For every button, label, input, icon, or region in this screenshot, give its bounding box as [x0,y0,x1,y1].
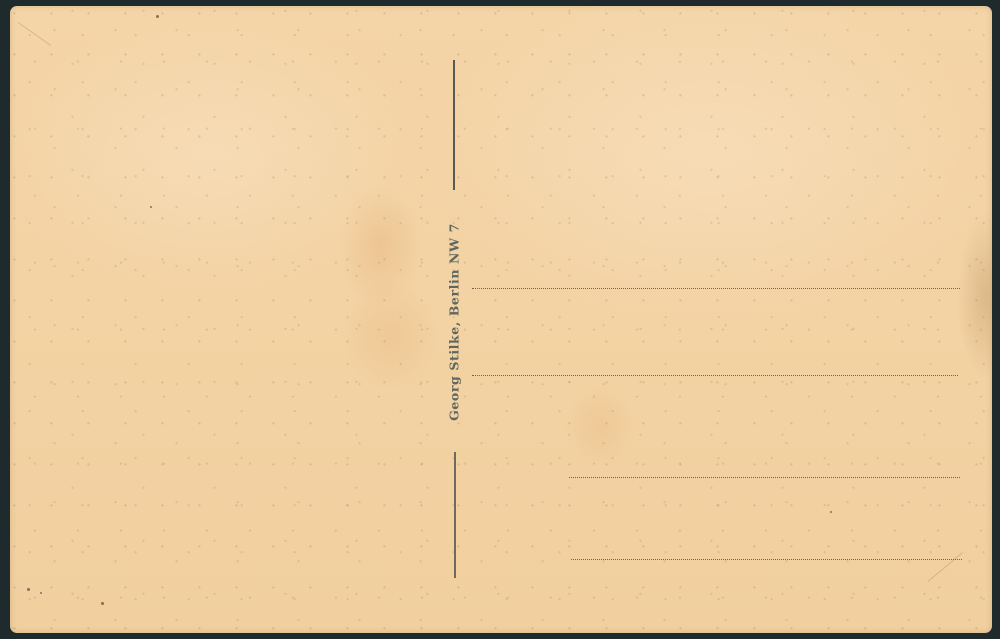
foxing-spot [27,588,30,591]
foxing-spot [101,602,104,605]
foxing-spot [156,15,159,18]
foxing-spot [40,592,42,594]
publisher-imprint: Georg Stilke, Berlin NW 7 [447,223,462,421]
postcard-back: Georg Stilke, Berlin NW 7 [10,6,992,633]
scan-background: Georg Stilke, Berlin NW 7 [0,0,1000,639]
address-line-4 [571,559,962,560]
divider-line-bottom [454,452,456,578]
foxing-spot [830,511,832,513]
foxing-spot [150,206,152,208]
divider-line-top [453,60,455,190]
paper-texture [10,6,992,633]
address-line-1 [472,288,960,289]
address-line-2 [472,375,958,376]
address-line-3 [569,477,960,478]
